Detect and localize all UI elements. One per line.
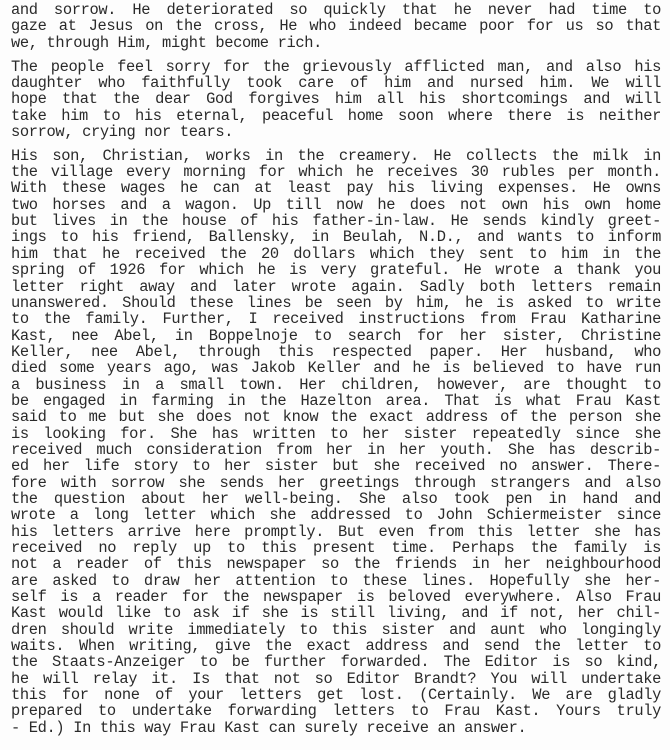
text-line: not a reader of this newspaper so the fr… [11, 556, 661, 572]
text-line: prepared to undertake forwarding letters… [11, 703, 661, 719]
text-line: waits. When writing, give the exact addr… [11, 638, 661, 654]
text-line: self is a reader for the newspaper is be… [11, 589, 661, 605]
text-line: sorrow, crying nor tears. [11, 124, 661, 140]
text-line: be engaged in farming in the Hazelton ar… [11, 393, 661, 409]
text-line: and sorrow. He deteriorated so quickly t… [11, 2, 661, 18]
text-line: dren should write immediately to this si… [11, 622, 661, 638]
text-line: received much consideration from her in … [11, 442, 661, 458]
text-line: With these wages he can at least pay his… [11, 180, 661, 196]
text-line: said to me but she does not know the exa… [11, 409, 661, 425]
text-line: to the family. Further, I received instr… [11, 311, 661, 327]
text-line: His son, Christian, works in the creamer… [11, 148, 661, 164]
text-line: we, through Him, might become rich. [11, 35, 661, 51]
text-line: take him to his eternal, peaceful home s… [11, 108, 661, 124]
text-line: fore with sorrow she sends her greetings… [11, 475, 661, 491]
text-line: the question about her well-being. She a… [11, 491, 661, 507]
text-line: Kast, nee Abel, in Boppelnoje to search … [11, 328, 661, 344]
text-line: two horses and a wagon. Up till now he d… [11, 197, 661, 213]
text-line: the Staats-Anzeiger to be further forwar… [11, 654, 661, 670]
text-line: died some years ago, was Jakob Keller an… [11, 360, 661, 376]
document-page: and sorrow. He deteriorated so quickly t… [0, 0, 670, 750]
text-line: the village every morning for which he r… [11, 164, 661, 180]
text-line: received no reply up to this present tim… [11, 540, 661, 556]
text-line: spring of 1926 for which he is very grat… [11, 262, 661, 278]
text-line: daughter who faithfully took care of him… [11, 75, 661, 91]
text-line: his letters arrive here promptly. But ev… [11, 524, 661, 540]
text-line: but lives in the house of his father-in-… [11, 213, 661, 229]
text-line: ed her life story to her sister but she … [11, 458, 661, 474]
paragraph: The people feel sorry for the grievously… [11, 59, 661, 141]
text-line: wrote a long letter which she addressed … [11, 507, 661, 523]
text-line: - Ed.) In this way Frau Kast can surely … [11, 720, 661, 736]
text-line: gaze at Jesus on the cross, He who indee… [11, 18, 661, 34]
text-line: are asked to draw her attention to these… [11, 573, 661, 589]
paragraph: His son, Christian, works in the creamer… [11, 148, 661, 736]
text-line: Keller, nee Abel, through this respected… [11, 344, 661, 360]
text-line: unanswered. Should these lines be seen b… [11, 295, 661, 311]
text-line: he will relay it. Is that not so Editor … [11, 671, 661, 687]
text-line: is looking for. She has written to her s… [11, 426, 661, 442]
paragraph: and sorrow. He deteriorated so quickly t… [11, 2, 661, 51]
text-line: a business in a small town. Her children… [11, 377, 661, 393]
text-line: hope that the dear God forgives him all … [11, 91, 661, 107]
text-line: this for none of your letters get lost. … [11, 687, 661, 703]
text-line: Kast would like to ask if she is still l… [11, 605, 661, 621]
text-line: letter right away and later wrote again.… [11, 279, 661, 295]
text-line: The people feel sorry for the grievously… [11, 59, 661, 75]
text-line: ings to his friend, Ballensky, in Beulah… [11, 229, 661, 245]
text-line: him that he received the 20 dollars whic… [11, 246, 661, 262]
